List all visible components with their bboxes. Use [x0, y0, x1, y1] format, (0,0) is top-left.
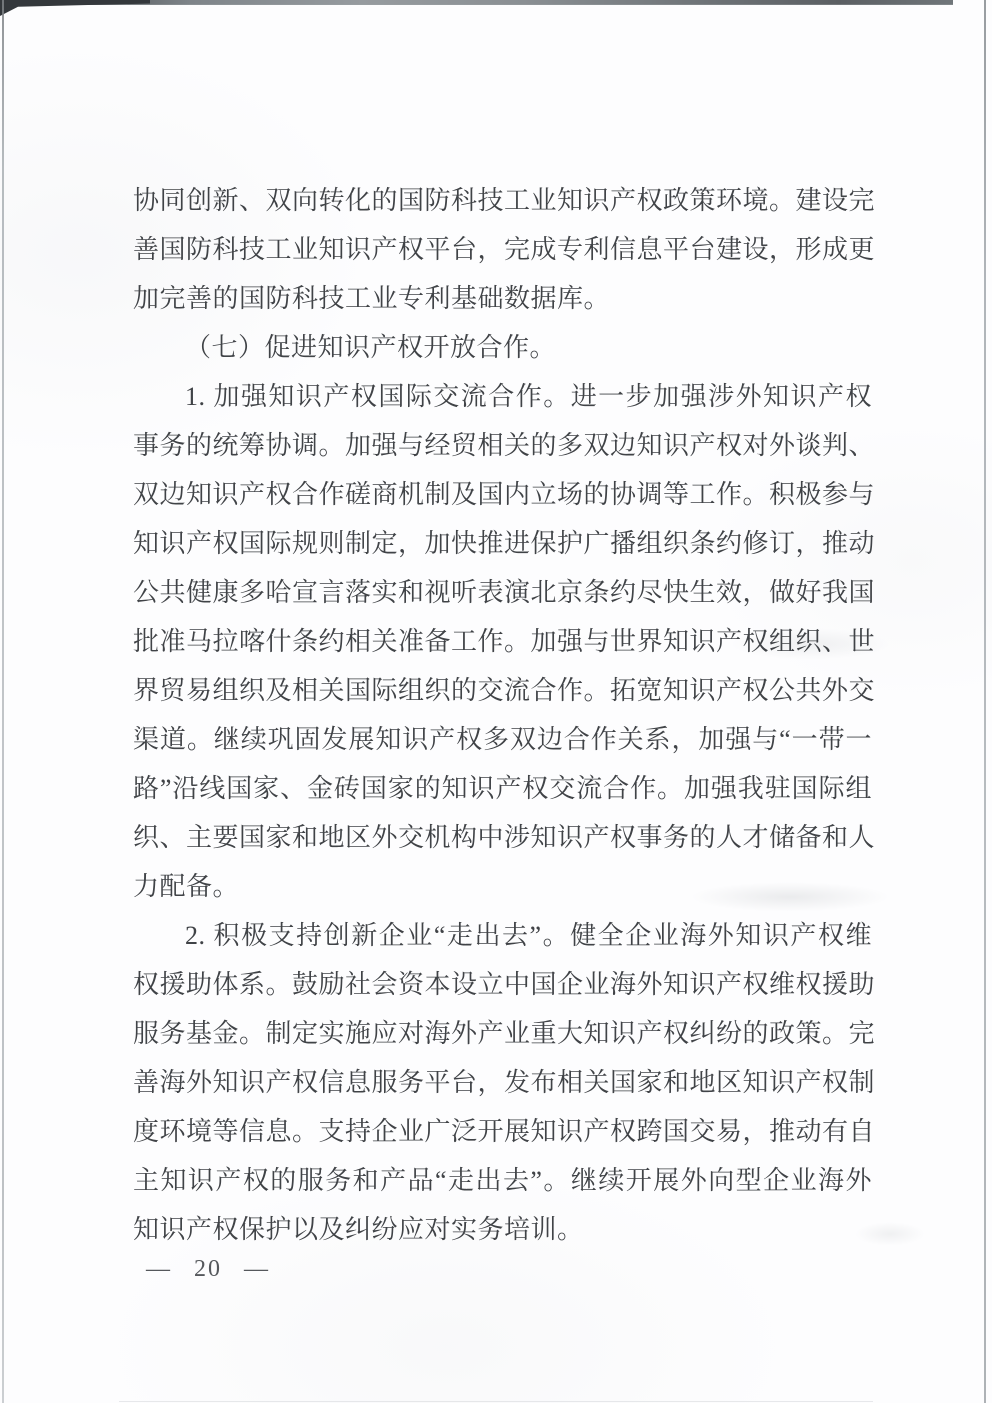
scanned-page: 协同创新、双向转化的国防科技工业知识产权政策环境。建设完善国防科技工业知识产权平…	[0, 0, 992, 1403]
text-line: 2. 积极支持创新企业“走出去”。健全企业海外知识产权维	[133, 911, 872, 960]
text-line: 双边知识产权合作磋商机制及国内立场的协调等工作。积极参与	[133, 470, 872, 519]
text-line: 界贸易组织及相关国际组织的交流合作。拓宽知识产权公共外交	[133, 666, 872, 715]
text-line: 善海外知识产权信息服务平台，发布相关国家和地区知识产权制	[133, 1058, 872, 1107]
document-body: 协同创新、双向转化的国防科技工业知识产权政策环境。建设完善国防科技工业知识产权平…	[133, 176, 872, 1254]
text-line: 协同创新、双向转化的国防科技工业知识产权政策环境。建设完	[133, 176, 872, 225]
text-line: 权援助体系。鼓励社会资本设立中国企业海外知识产权维权援助	[133, 960, 872, 1009]
text-line: 力配备。	[133, 862, 872, 911]
text-line: 善国防科技工业知识产权平台，完成专利信息平台建设，形成更	[133, 225, 872, 274]
text-line: 路”沿线国家、金砖国家的知识产权交流合作。加强我驻国际组	[133, 764, 872, 813]
text-line: （七）促进知识产权开放合作。	[133, 323, 872, 372]
text-line: 织、主要国家和地区外交机构中涉知识产权事务的人才储备和人	[133, 813, 872, 862]
scan-artifact-bottom-edge	[119, 1401, 873, 1402]
scan-artifact-left-edge	[2, 0, 4, 1403]
scan-artifact-right-edge	[984, 0, 986, 1403]
text-line: 知识产权保护以及纠纷应对实务培训。	[133, 1205, 872, 1254]
text-line: 知识产权国际规则制定，加快推进保护广播组织条约修订，推动	[133, 519, 872, 568]
text-line: 公共健康多哈宣言落实和视听表演北京条约尽快生效，做好我国	[133, 568, 872, 617]
text-line: 渠道。继续巩固发展知识产权多双边合作关系，加强与“一带一	[133, 715, 872, 764]
text-line: 1. 加强知识产权国际交流合作。进一步加强涉外知识产权	[133, 372, 872, 421]
text-line: 服务基金。制定实施应对海外产业重大知识产权纠纷的政策。完	[133, 1009, 872, 1058]
text-line: 批准马拉喀什条约相关准备工作。加强与世界知识产权组织、世	[133, 617, 872, 666]
page-number: — 20 —	[146, 1253, 270, 1285]
text-line: 主知识产权的服务和产品“走出去”。继续开展外向型企业海外	[133, 1156, 872, 1205]
text-line: 加完善的国防科技工业专利基础数据库。	[133, 274, 872, 323]
text-line: 事务的统筹协调。加强与经贸相关的多双边知识产权对外谈判、	[133, 421, 872, 470]
scan-artifact-top-left-corner	[0, 0, 150, 16]
text-line: 度环境等信息。支持企业广泛开展知识产权跨国交易，推动有自	[133, 1107, 872, 1156]
